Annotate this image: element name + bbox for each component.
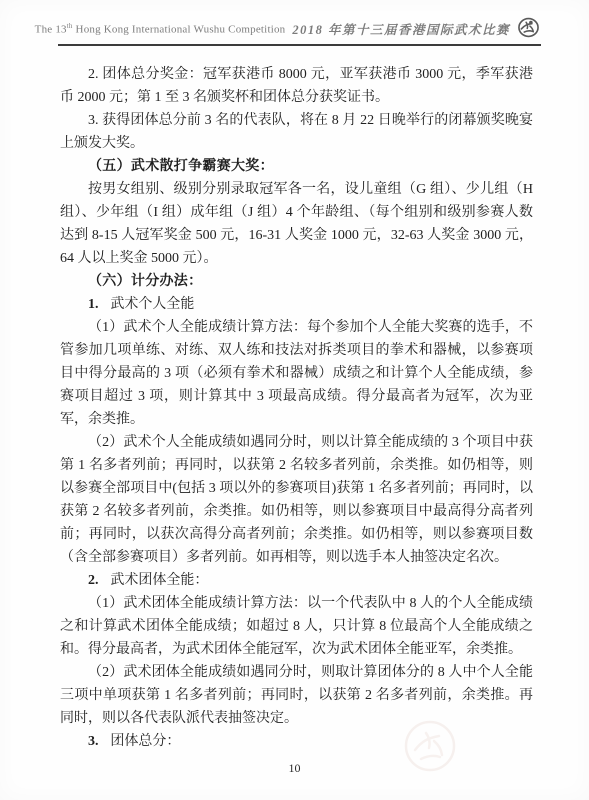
header-title-en-suffix: Hong Kong International Wushu Competitio… xyxy=(73,23,286,35)
page-number: 10 xyxy=(0,761,589,776)
para-individual-calculation: （1）武术个人全能成绩计算方法：每个参加个人全能大奖赛的选手，不管参加几项单练、… xyxy=(60,316,533,431)
para-top3-award-ceremony: 3. 获得团体总分前 3 名的代表队，将在 8 月 22 日晚举行的闭幕颁奖晚宴… xyxy=(60,109,533,155)
document-body: 2. 团体总分奖金：冠军获港币 8000 元，亚军获港币 3000 元，季军获港… xyxy=(60,63,533,753)
page-header: The 13th Hong Kong International Wushu C… xyxy=(35,19,540,38)
subheading-number: 1. xyxy=(88,297,99,312)
wushu-emblem-icon xyxy=(517,17,540,38)
heading-scoring-method: （六）计分办法： xyxy=(60,270,533,293)
subheading-number: 3. xyxy=(88,734,99,749)
subheading-number: 2. xyxy=(88,573,99,588)
heading-sanda-championship-prize: （五）武术散打争霸赛大奖： xyxy=(60,155,533,178)
subheading-label: 武术团体全能： xyxy=(110,573,208,588)
subheading-team-all-around: 2.武术团体全能： xyxy=(60,569,533,592)
para-team-calculation: （1）武术团体全能成绩计算方法：以一个代表队中 8 人的个人全能成绩之和计算武术… xyxy=(60,592,533,661)
subheading-label: 团体总分： xyxy=(110,734,180,749)
para-individual-tiebreak: （2）武术个人全能成绩如遇同分时，则以计算全能成绩的 3 个项目中获第 1 名多… xyxy=(60,431,533,569)
header-title-chinese: 2018 年第十三届香港国际武术比赛 xyxy=(292,20,510,38)
document-page: The 13th Hong Kong International Wushu C… xyxy=(0,0,589,800)
subheading-individual-all-around: 1.武术个人全能 xyxy=(60,293,533,316)
para-team-total-prize: 2. 团体总分奖金：冠军获港币 8000 元，亚军获港币 3000 元，季军获港… xyxy=(60,63,533,109)
header-divider xyxy=(58,44,541,46)
para-sanda-prize-details: 按男女组别、级别分别录取冠军各一名，设儿童组（G 组）、少儿组（H 组）、少年组… xyxy=(60,178,533,270)
subheading-label: 武术个人全能 xyxy=(110,297,194,312)
header-title-en-prefix: The 13 xyxy=(35,23,67,35)
para-team-tiebreak: （2）武术团体全能成绩如遇同分时，则取计算团体分的 8 人中个人全能三项中单项获… xyxy=(60,661,533,730)
subheading-team-total-score: 3.团体总分： xyxy=(60,730,533,753)
header-title-english: The 13th Hong Kong International Wushu C… xyxy=(35,22,286,36)
